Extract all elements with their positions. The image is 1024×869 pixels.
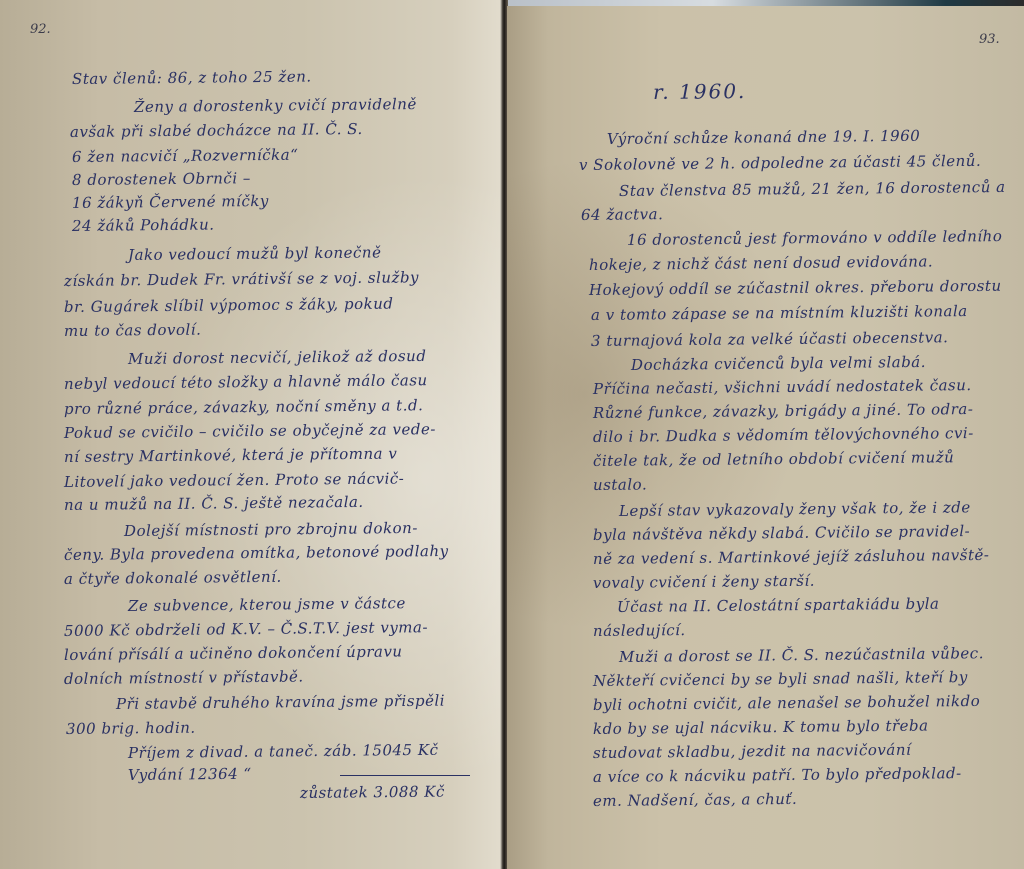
text-line: byli ochotni cvičit, ale nenašel se bohu… (593, 692, 980, 714)
text-line: Lepší stav vykazovaly ženy však to, že i… (619, 498, 971, 520)
text-line: hokeje, z nichž část není dosud evidován… (589, 252, 933, 274)
text-line: kdo by se ujal nácviku. K tomu bylo třeb… (593, 716, 929, 738)
text-line: 3 turnajová kola za velké účasti obecens… (591, 328, 949, 350)
text-line: 300 brig. hodin. (66, 719, 196, 738)
text-line: br. Gugárek slíbil výpomoc s žáky, pokud (64, 295, 394, 316)
text-line: následující. (593, 621, 686, 640)
left-page: 92. Stav členů: 86, z toho 25 žen. Ženy … (0, 0, 502, 869)
text-line: ní sestry Martinkové, která je přítomna … (64, 445, 397, 466)
text-line: Stav členstva 85 mužů, 21 žen, 16 dorost… (619, 178, 1006, 200)
text-line: čitele tak, že od letního období cvičení… (593, 448, 954, 470)
text-line: dilo i br. Dudka s vědomím tělovýchovnéh… (593, 424, 974, 446)
text-line: Muži dorost necvičí, jelikož až dosud (128, 347, 427, 368)
text-line: v Sokolovně ve 2 h. odpoledne za účasti … (579, 152, 981, 174)
text-line: Ženy a dorostenky cvičí pravidelně (134, 95, 417, 116)
text-line: 5000 Kč obdrželi od K.V. – Č.S.T.V. jest… (64, 618, 428, 640)
page-number-left: 92. (30, 22, 51, 37)
text-line: nebyl vedoucí této složky a hlavně málo … (64, 371, 428, 393)
right-page: 93. r. 1960. Výroční schůze konaná dne 1… (507, 6, 1024, 869)
text-line: a čtyře dokonalé osvětlení. (64, 568, 282, 588)
text-line: Jako vedoucí mužů byl konečně (128, 243, 382, 264)
text-line: avšak při slabé docházce na II. Č. S. (70, 120, 363, 141)
text-line: Hokejový oddíl se zúčastnil okres. přebo… (589, 277, 1002, 299)
text-line: 64 žactva. (581, 205, 664, 224)
text-line: Příčina nečasti, všichni uvádí nedostate… (593, 376, 972, 398)
income-line: Příjem z divad. a taneč. záb. 15045 Kč (128, 741, 439, 762)
sum-rule (340, 775, 470, 776)
text-line: Muži a dorost se II. Č. S. nezúčastnila … (619, 644, 984, 666)
year-heading: r. 1960. (653, 79, 747, 104)
text-line: ně za vedení s. Martinkové jejíž zásluho… (593, 546, 990, 568)
text-line: Stav členů: 86, z toho 25 žen. (72, 67, 312, 88)
text-line: studovat skladbu, jezdit na nacvičování (593, 741, 911, 762)
text-line: Ze subvence, kterou jsme v částce (128, 594, 406, 615)
text-line: Různé funkce, závazky, brigády a jiné. T… (593, 400, 974, 422)
text-line: 6 žen nacvičí „Rozverníčka“ (72, 146, 299, 166)
page-number-right: 93. (979, 32, 1000, 47)
text-line: ustalo. (593, 475, 647, 494)
text-line: pro různé práce, závazky, noční směny a … (64, 396, 423, 418)
text-line: mu to čas dovolí. (64, 321, 201, 340)
text-line: byla návštěva někdy slabá. Cvičilo se pr… (593, 522, 970, 544)
text-line: a v tomto zápase se na místním kluzišti … (591, 302, 968, 324)
text-line: Účast na II. Celostátní spartakiádu byla (617, 595, 940, 616)
text-line: čeny. Byla provedena omítka, betonové po… (64, 542, 449, 564)
text-line: Dolejší místnosti pro zbrojnu dokon- (124, 519, 418, 540)
text-line: Někteří cvičenci by se byli snad našli, … (593, 668, 968, 690)
text-line: Při stavbě druhého kravína jsme přispěli (116, 692, 445, 713)
text-line: Litovelí jako vedoucí žen. Proto se nácv… (64, 469, 404, 491)
text-line: získán br. Dudek Fr. vrátivší se z voj. … (64, 268, 419, 290)
text-line: 8 dorostenek Obrnči – (72, 169, 251, 189)
expense-line: Vydání 12364 “ (128, 765, 252, 784)
text-line: vovaly cvičení i ženy starší. (593, 572, 815, 592)
text-line: em. Nadšení, čas, a chuť. (593, 790, 797, 810)
text-line: na u mužů na II. Č. S. ještě nezačala. (64, 493, 364, 514)
text-line: 16 dorostenců jest formováno v oddíle le… (627, 227, 1003, 249)
text-line: 16 žákyň Červené míčky (72, 192, 269, 212)
text-line: Výroční schůze konaná dne 19. I. 1960 (607, 127, 920, 148)
text-line: dolních místností v přístavbě. (64, 667, 304, 688)
text-line: lování přísálí a učiněno dokončení úprav… (64, 642, 403, 664)
text-line: Pokud se cvičilo – cvičilo se obyčejně z… (64, 420, 436, 442)
text-line: a více co k nácviku patří. To bylo předp… (593, 764, 962, 786)
text-line: 24 žáků Pohádku. (72, 216, 215, 235)
text-line: Docházka cvičenců byla velmi slabá. (631, 353, 926, 374)
balance-line: zůstatek 3.088 Kč (300, 782, 445, 802)
